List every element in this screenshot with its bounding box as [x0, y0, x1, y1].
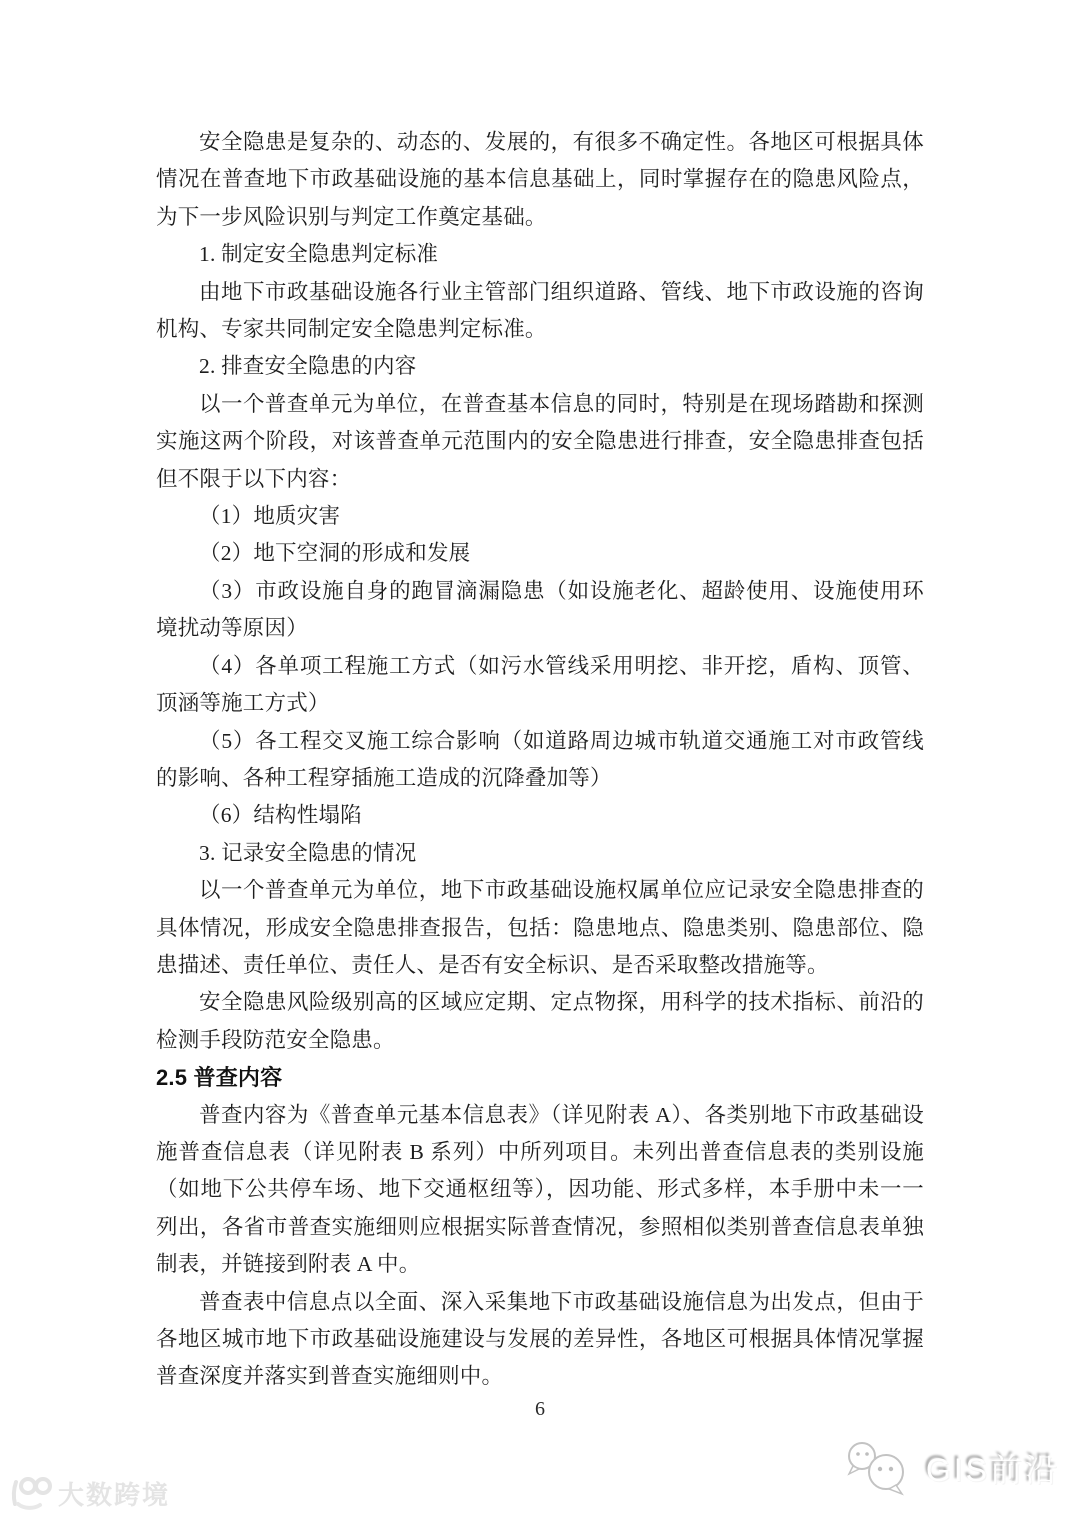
list-item-2-title: 2. 排查安全隐患的内容 [156, 348, 924, 385]
document-page: { "page": { "number": "6" }, "document":… [0, 0, 1080, 1526]
list-item-1-title: 1. 制定安全隐患判定标准 [156, 236, 924, 273]
sub-item-4: （4）各单项工程施工方式（如污水管线采用明挖、非开挖，盾构、顶管、顶涵等施工方式… [156, 648, 924, 723]
paragraph: 普查表中信息点以全面、深入采集地下市政基础设施信息为出发点，但由于各地区城市地下… [156, 1284, 924, 1396]
big-data-cross-border-logo-icon [8, 1474, 52, 1512]
section-heading-2-5: 2.5 普查内容 [156, 1059, 924, 1096]
paragraph: 安全隐患风险级别高的区域应定期、定点物探，用科学的技术指标、前沿的检测手段防范安… [156, 984, 924, 1059]
watermark-left-label: 大数跨境 [58, 1475, 170, 1512]
watermark-right-label: GIS前沿 [926, 1445, 1060, 1491]
paragraph: 以一个普查单元为单位，地下市政基础设施权属单位应记录安全隐患排查的具体情况，形成… [156, 872, 924, 984]
paragraph: 由地下市政基础设施各行业主管部门组织道路、管线、地下市政设施的咨询机构、专家共同… [156, 274, 924, 349]
paragraph: 普查内容为《普查单元基本信息表》（详见附表 A）、各类别地下市政基础设施普查信息… [156, 1097, 924, 1284]
list-item-3-title: 3. 记录安全隐患的情况 [156, 835, 924, 872]
wechat-chat-bubbles-icon [844, 1438, 916, 1498]
sub-item-2: （2）地下空洞的形成和发展 [156, 535, 924, 572]
sub-item-5: （5）各工程交叉施工综合影响（如道路周边城市轨道交通施工对市政管线的影响、各种工… [156, 723, 924, 798]
sub-item-1: （1）地质灾害 [156, 498, 924, 535]
paragraph: 安全隐患是复杂的、动态的、发展的，有很多不确定性。各地区可根据具体情况在普查地下… [156, 124, 924, 236]
watermark-bottom-left: 大数跨境 [8, 1474, 170, 1512]
document-body: 安全隐患是复杂的、动态的、发展的，有很多不确定性。各地区可根据具体情况在普查地下… [156, 124, 924, 1396]
sub-item-3: （3）市政设施自身的跑冒滴漏隐患（如设施老化、超龄使用、设施使用环境扰动等原因） [156, 573, 924, 648]
page-number: 6 [0, 1398, 1080, 1421]
paragraph: 以一个普查单元为单位，在普查基本信息的同时，特别是在现场踏勘和探测实施这两个阶段… [156, 386, 924, 498]
watermark-bottom-right: GIS前沿 [844, 1438, 1060, 1498]
sub-item-6: （6）结构性塌陷 [156, 797, 924, 834]
